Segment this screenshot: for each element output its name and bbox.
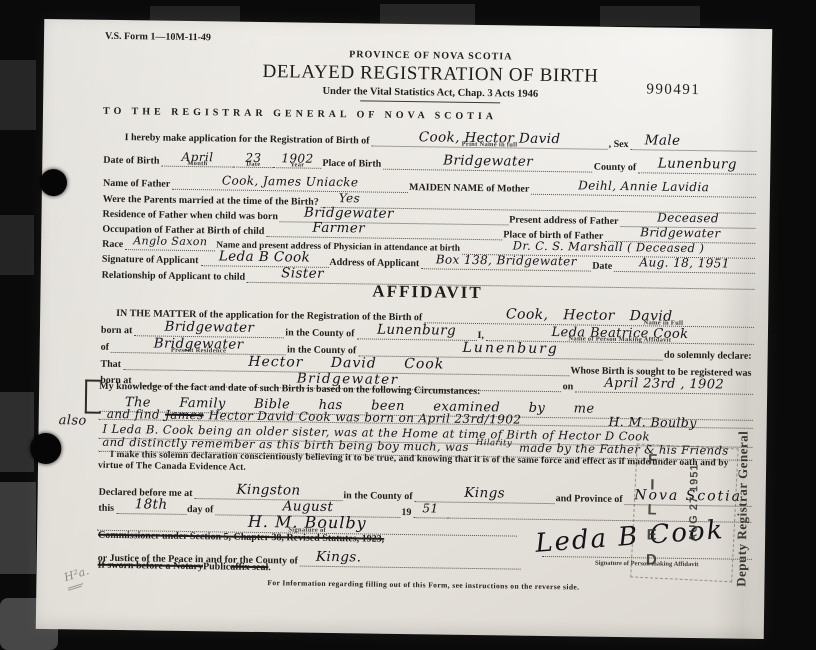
registrar-stamp: Deputy Registrar General <box>733 414 752 604</box>
married-value: Yes <box>339 194 360 203</box>
serial-number: 990491 <box>646 81 700 99</box>
year-sublabel: Year <box>273 161 321 169</box>
residence-value: Bridgewater <box>304 209 394 219</box>
father-value: Cook, James Uniacke <box>222 176 359 187</box>
margin-note-text: also <box>59 416 87 425</box>
margin-note-also: also <box>59 411 87 429</box>
month-value: August <box>283 502 334 512</box>
notary-struck-1: If sworn before a Notary <box>97 560 204 572</box>
punch-hole <box>30 433 61 464</box>
sex-label: , Sex <box>608 139 631 150</box>
child-name-field: Cook, Hector David Print Name in full <box>371 128 607 150</box>
pob-label: Place of Birth <box>321 158 383 170</box>
witness-name-inline: H. M. Boulby <box>608 417 696 427</box>
film-artifact <box>380 4 475 26</box>
date-value: Aug. 18, 1951 <box>639 258 729 268</box>
that-name-value: Hector David Cook <box>248 358 444 370</box>
circumstance-2-struck-word: James <box>165 411 204 421</box>
punch-hole <box>40 169 67 196</box>
county-field: Lunenburg <box>638 154 756 175</box>
declared-place-value: Kingston <box>236 486 300 496</box>
county3-value: Kings <box>464 489 505 499</box>
signature-value: Leda B Cook <box>219 252 310 262</box>
pob-value: Bridgewater <box>443 157 533 167</box>
film-artifact <box>0 392 34 472</box>
form-number: V.S. Form 1—10M-11-49 <box>104 31 213 44</box>
circumstance-2-pre: and find <box>107 410 160 420</box>
film-artifact <box>0 60 36 130</box>
form-page: V.S. Form 1—10M-11-49 PROVINCE OF NOVA S… <box>36 19 772 639</box>
day-value: 18th <box>135 500 168 509</box>
sex-value: Male <box>645 136 681 145</box>
dob-year-field: 1902 Year <box>273 149 321 169</box>
notary-struck-2: affix seal <box>230 562 268 574</box>
month-sublabel: Month <box>161 160 233 168</box>
subtitle-underline <box>360 100 500 103</box>
circumstance-4-insert: Hilarity <box>476 439 512 449</box>
relationship-value: Sister <box>281 269 324 279</box>
county2-value: Lunenburg <box>463 344 559 354</box>
margin-bracket <box>85 380 101 414</box>
pencil-note-text: H²a. <box>63 566 90 582</box>
dob-label: Date of Birth <box>102 155 161 167</box>
notary-period: . <box>268 562 271 573</box>
date-received-stamp: AUG 27 1951 <box>687 437 702 567</box>
scanned-document: V.S. Form 1—10M-11-49 PROVINCE OF NOVA S… <box>0 0 816 650</box>
race-value: Anglo Saxon <box>133 236 207 246</box>
born-at-value: Bridgewater <box>164 323 254 333</box>
sex-field: Male <box>631 131 757 152</box>
year-value: 51 <box>422 504 438 513</box>
father-address-value: Deceased <box>657 214 719 224</box>
address-value: Box 138, Bridgewater <box>436 255 577 266</box>
pob-field: Bridgewater <box>383 151 593 173</box>
film-artifact <box>0 215 34 275</box>
occupation-value: Farmer <box>312 224 365 234</box>
mother-value: Deihl, Annie Lavidia <box>578 181 709 192</box>
pencil-note: H²a. <box>62 561 93 591</box>
justice-county-value: Kings. <box>316 553 361 563</box>
county1-value: Lunenburg <box>377 326 456 336</box>
addressee-line: TO THE REGISTRAR GENERAL OF NOVA SCOTIA <box>103 106 757 126</box>
intro-label: I hereby make application for the Regist… <box>103 132 372 147</box>
father-pob-value: Bridgewater <box>640 228 720 238</box>
print-name-sublabel: Print Name in full <box>371 140 607 150</box>
county-value: Lunenburg <box>658 160 737 170</box>
film-artifact <box>0 482 36 574</box>
notary-plain: Public <box>203 561 230 572</box>
date-sublabel: Date <box>233 161 273 169</box>
film-artifact <box>600 6 700 26</box>
county-label: County of <box>593 162 639 174</box>
dob-month-field: April Month <box>161 148 233 168</box>
dob-day-field: 23 Date <box>233 149 273 169</box>
filed-stamp: FILED <box>643 451 662 576</box>
